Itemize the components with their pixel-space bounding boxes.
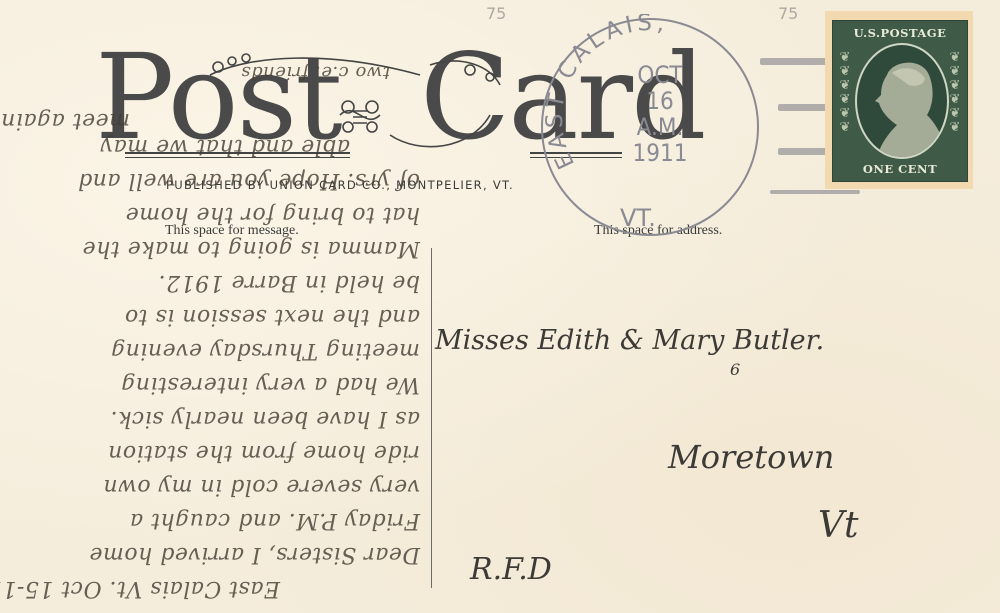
address-line-1: Misses Edith & Mary Butler.	[435, 325, 824, 356]
message-line: ride home from the station	[108, 440, 420, 465]
stamp-top-text: U.S.POSTAGE	[833, 26, 967, 40]
postage-stamp: U.S.POSTAGE ❦❦❦❦❦❦ ❦❦❦❦❦❦ ONE CENT	[825, 11, 973, 189]
pencil-price-mark: 75	[778, 4, 798, 23]
postmark-day: 16	[630, 88, 690, 114]
message-line: East Calais Vt. Oct 15-11.	[0, 576, 280, 601]
stamp-face: U.S.POSTAGE ❦❦❦❦❦❦ ❦❦❦❦❦❦ ONE CENT	[832, 20, 968, 182]
postmark-date: OCT 16 A.M. 1911	[630, 62, 690, 166]
message-line: meeting Thursday evening	[111, 338, 420, 363]
stamp-bottom-text: ONE CENT	[833, 162, 967, 176]
message-line: very severe cold in my own	[103, 474, 420, 499]
message-line: and the next session is to	[124, 304, 420, 329]
postcard-back: Post Card PUBLISHED BY UNION CARD CO., M…	[0, 0, 1000, 613]
postmark-time: A.M.	[630, 114, 690, 140]
message-line: be held in Barre 1912.	[158, 270, 420, 295]
message-line: Mamma is going to make the	[82, 236, 420, 261]
postmark-year: 1911	[630, 140, 690, 166]
message-line: Dear Sisters, I arrived home	[89, 542, 420, 567]
center-divider	[431, 248, 432, 588]
message-line: Friday P.M. and caught a	[130, 508, 420, 533]
address-town: Moretown	[668, 438, 834, 476]
message-line: hat to bring for the home	[125, 202, 420, 227]
message-line: two c.e. friends	[241, 62, 390, 83]
message-line: We had a very interesting	[121, 372, 420, 397]
address-state: Vt	[818, 505, 858, 546]
laurel-wreath-icon: ❦❦❦❦❦❦	[837, 51, 853, 151]
laurel-wreath-icon: ❦❦❦❦❦❦	[947, 51, 963, 151]
address-mark: 6	[730, 360, 740, 379]
cancel-bar	[778, 104, 830, 111]
handwritten-message: East Calais Vt. Oct 15-11. Dear Sisters,…	[0, 30, 430, 613]
address-rfd: R.F.D	[470, 552, 552, 587]
pencil-price-mark: 75	[486, 4, 506, 23]
cancel-bar	[770, 190, 860, 194]
cancel-bar	[778, 148, 830, 155]
message-line: able and that we may	[100, 134, 350, 159]
message-line: meet again	[1, 108, 130, 133]
postmark-state: VT.	[620, 204, 656, 232]
message-line: of yrs. Hope you are well and	[78, 168, 420, 193]
message-line: as I have been nearly sick.	[110, 406, 420, 431]
franklin-portrait-icon	[857, 45, 947, 157]
cancel-bar	[760, 58, 830, 65]
postmark-month: OCT	[630, 62, 690, 88]
stamp-portrait-frame	[855, 43, 949, 159]
